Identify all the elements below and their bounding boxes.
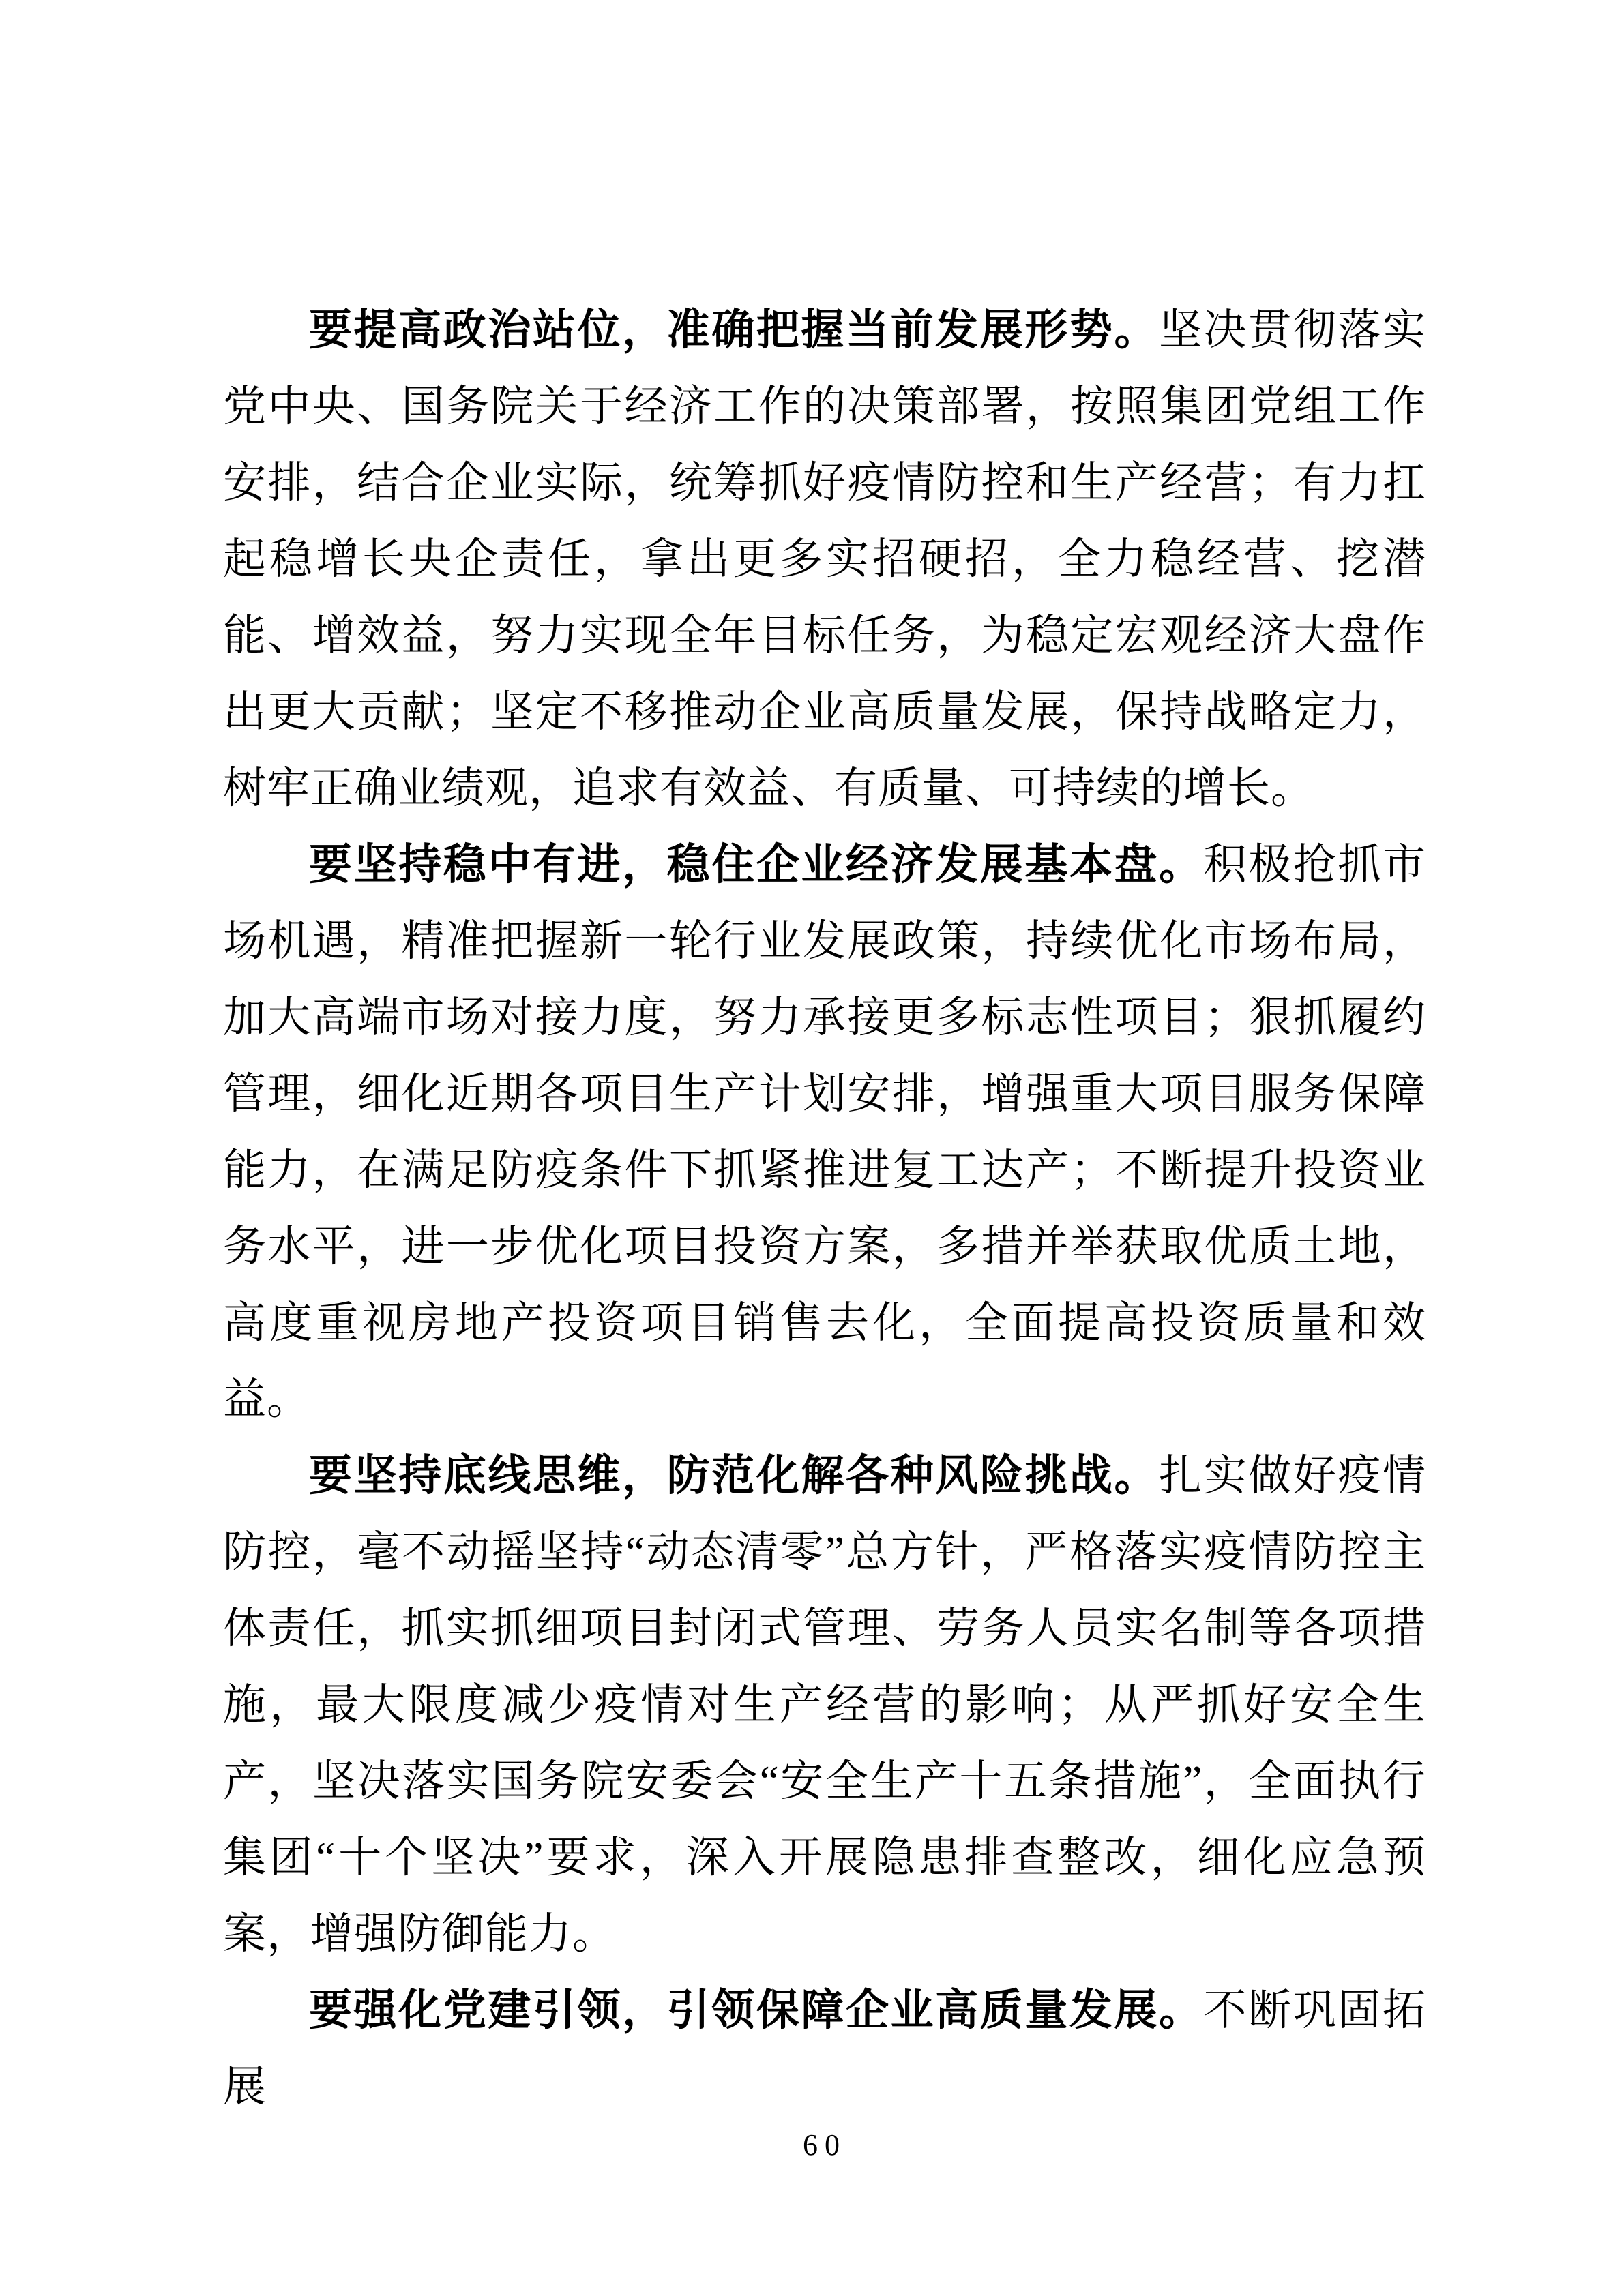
paragraph-lead-text: 要强化党建引领，引领保障企业高质量发展。	[309, 1986, 1204, 2034]
paragraph: 要坚持底线思维，防范化解各种风险挑战。扎实做好疫情防控，毫不动摇坚持“动态清零”…	[223, 1437, 1426, 1972]
paragraph-body-text: 积极抢抓市场机遇，精准把握新一轮行业发展政策，持续优化市场布局，加大高端市场对接…	[223, 841, 1426, 1423]
paragraph-lead-text: 要坚持稳中有进，稳住企业经济发展基本盘。	[309, 841, 1204, 889]
paragraph-lead-text: 要提高政治站位，准确把握当前发展形势。	[309, 306, 1159, 354]
page-number: 60	[223, 2129, 1426, 2162]
document-page: 要提高政治站位，准确把握当前发展形势。坚决贯彻落实党中央、国务院关于经济工作的决…	[0, 0, 1624, 2296]
document-body: 要提高政治站位，准确把握当前发展形势。坚决贯彻落实党中央、国务院关于经济工作的决…	[223, 292, 1426, 2125]
paragraph: 要坚持稳中有进，稳住企业经济发展基本盘。积极抢抓市场机遇，精准把握新一轮行业发展…	[223, 826, 1426, 1437]
paragraph-body-text: 扎实做好疫情防控，毫不动摇坚持“动态清零”总方针，严格落实疫情防控主体责任，抓实…	[223, 1452, 1426, 1958]
paragraph: 要提高政治站位，准确把握当前发展形势。坚决贯彻落实党中央、国务院关于经济工作的决…	[223, 292, 1426, 826]
paragraph-lead-text: 要坚持底线思维，防范化解各种风险挑战。	[309, 1452, 1159, 1500]
paragraph-body-text: 坚决贯彻落实党中央、国务院关于经济工作的决策部署，按照集团党组工作安排，结合企业…	[223, 306, 1426, 812]
paragraph: 要强化党建引领，引领保障企业高质量发展。不断巩固拓展	[223, 1972, 1426, 2125]
